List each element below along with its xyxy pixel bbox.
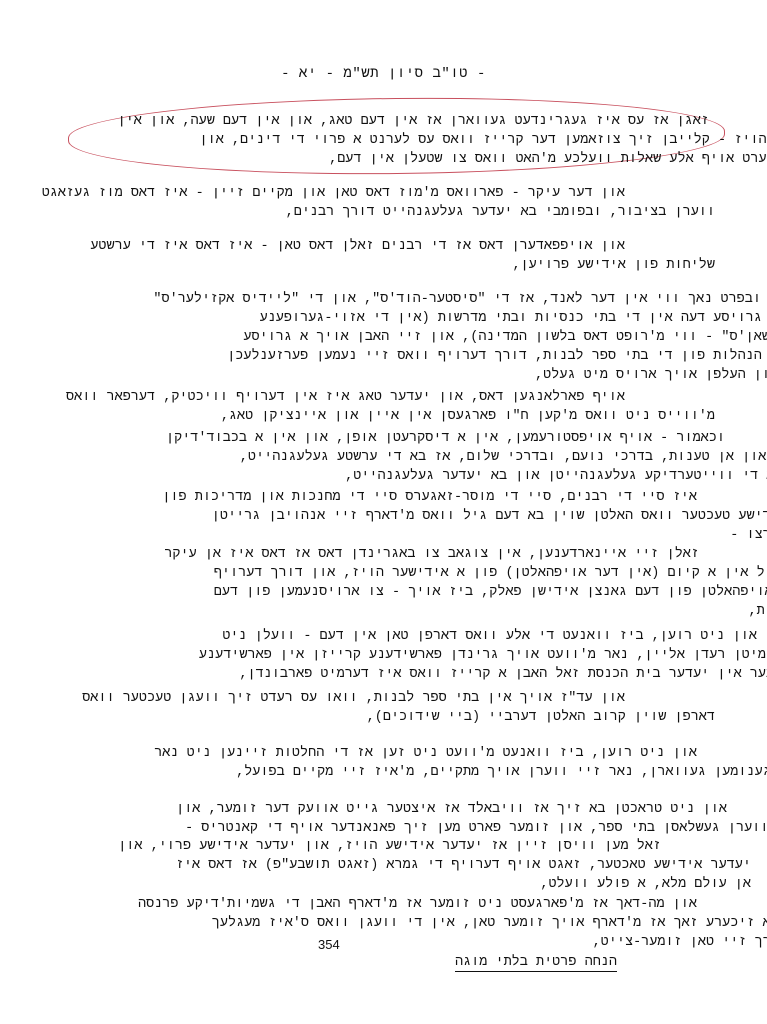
paragraph: און עד"ז אויך אין בתי ספר לבנות, וואו עס… xyxy=(82,689,625,727)
text-line: גלות, xyxy=(164,602,767,621)
paragraph: וכאמור - אויף אויפסטורעמען, אין א דיסקרע… xyxy=(166,429,725,486)
text-line: "קאנגרעגעישאן'ס" - ווי מ'רופט דאס בלשון … xyxy=(153,328,767,347)
paragraph: זאגן אז עס איז געגרינדעט געווארן אז אין … xyxy=(118,112,709,169)
paragraph: און ניט טראכטן בא זיך אז וויבאלד אז איצט… xyxy=(176,800,727,838)
paragraph: איז סיי די רבנים, סיי די מוסר-זאגערס סיי… xyxy=(162,488,697,545)
paragraph: זאלן זיי איינארדענען, אין צוגאב צו באגרי… xyxy=(164,545,699,621)
page-header: - טו"ב סיון תש"מ - יא - xyxy=(0,66,767,82)
text-line: איז סיי די רבנים, סיי די מוסר-זאגערס סיי… xyxy=(162,488,697,507)
text-line: דערצו - xyxy=(162,526,767,545)
text-line: אופן, און אן טענות, בדרכי נועם, ובדרכי ש… xyxy=(166,448,767,467)
text-line: און דער עיקר - פארוואס מ'מוז דאס טאן און… xyxy=(42,184,625,203)
paragraph: און ניט רוען, ביז וואנעט מ'וועט ניט זען … xyxy=(154,744,697,782)
text-line: - אויפהאלטן פון דעם גאנצן אידישן פאלק, ב… xyxy=(164,583,767,602)
text-line: ובפרט נאך ווי אין דער לאנד, אז די "סיסטע… xyxy=(153,290,761,309)
text-line: דארפן שוין קרוב האלטן דערביי (ביי שידוכי… xyxy=(82,708,715,727)
text-line: גדול אין א קיום (אין דער אויפהאלטן) פון … xyxy=(164,564,767,583)
paragraph: און מה-דאך אז מ'פארגעסט ניט זומער אז מ'ד… xyxy=(138,895,697,952)
paragraph: ובפרט נאך ווי אין דער לאנד, אז די "סיסטע… xyxy=(153,290,761,385)
text-line: און מה-דאך אז מ'פארגעסט ניט זומער אז מ'ד… xyxy=(138,895,697,914)
text-line: - א זיכערע זאך אז מ'דארף אויך זומער טאן,… xyxy=(138,914,767,933)
paragraph: און אויפפאדערן דאס אז די רבנים זאלן דאס … xyxy=(90,237,625,275)
text-line: אופנים, אבער אין יעדער בית הכנסת זאל האב… xyxy=(199,665,767,684)
text-line: דער הויז - קלייבן זיך צוזאמען דער קרייז … xyxy=(118,131,767,150)
paragraph: זאל מען וויסן זיין אז יעדער אידישע הויז,… xyxy=(118,837,661,894)
footer-note: הנחה פרטית בלתי מוגה xyxy=(455,955,617,972)
text-line: אנגענומען געווארן, נאר זיי ווערן אויך מת… xyxy=(154,763,767,782)
text-line: און בא די ווייטערדיקע געלעגנהייטן און בא… xyxy=(166,467,767,486)
text-line: און ניט רוען, ביז וואנעט די אלע וואס דאר… xyxy=(199,627,757,646)
text-line: זאל מען וויסן זיין אז יעדער אידישע הויז,… xyxy=(118,837,661,856)
text-line: און אויפפאדערן דאס אז די רבנים זאלן דאס … xyxy=(90,237,625,256)
text-line: אידישע טעכטער וואס האלטן שוין בא דעם גיל… xyxy=(162,507,767,526)
text-line: האבן גאר א גרויסע דעה אין די בתי כנסיות … xyxy=(153,309,767,328)
text-line: ענטפערט אויף אלע שאלות וועלכע מ'האט וואס… xyxy=(118,150,767,169)
text-line: און ניט רוען, ביז וואנעט מ'וועט ניט זען … xyxy=(154,744,697,763)
text-line: וכאמור - אויף אויפסטורעמען, אין א דיסקרע… xyxy=(166,429,725,448)
text-line: דעה אין די הנהלות פון די בתי ספר לבנות, … xyxy=(153,347,767,366)
text-line: און ניט טראכטן בא זיך אז וויבאלד אז איצט… xyxy=(176,800,727,819)
text-line: זאלן זיי איינארדענען, אין צוגאב צו באגרי… xyxy=(164,545,699,564)
text-line: יעדער אידישע טאכטער, זאגט אויף דערויף די… xyxy=(118,856,751,875)
text-line: זאגן אז עס איז געגרינדעט געווארן אז אין … xyxy=(118,112,709,131)
document-page: - טו"ב סיון תש"מ - יא - זאגן אז עס איז ג… xyxy=(0,0,767,1024)
text-line: אן עולם מלא, א פולע וועלט, xyxy=(118,875,751,894)
text-line: מ'ווייס ניט וואס מ'קען ח"ו פארגעסן אין א… xyxy=(66,407,715,426)
text-line: דורך זיי טאן זומער-צייט, xyxy=(138,933,767,952)
text-line: זומער ווערן געשלאסן בתי ספר, און זומער פ… xyxy=(176,819,767,838)
paragraph: און דער עיקר - פארוואס מ'מוז דאס טאן און… xyxy=(42,184,625,222)
paragraph: אויף פארלאנגען דאס, און יעדער טאג איז אי… xyxy=(66,388,625,426)
text-line: ווערן בציבור, ובפומבי בא יעדער געלעגנהיי… xyxy=(42,203,715,222)
text-line: אויף פארלאנגען דאס, און יעדער טאג איז אי… xyxy=(66,388,625,407)
text-line: יוצא זיין מיטן רעדן אליין, נאר מ'וועט או… xyxy=(199,646,767,665)
page-number: 354 xyxy=(318,937,340,952)
text-line: שליחות פון אידישע פרויען, xyxy=(90,256,715,275)
paragraph: און ניט רוען, ביז וואנעט די אלע וואס דאר… xyxy=(199,627,757,684)
text-line: איינטייל און העלפן אויך ארויס מיט געלט, xyxy=(153,366,767,385)
text-line: און עד"ז אויך אין בתי ספר לבנות, וואו עס… xyxy=(82,689,625,708)
